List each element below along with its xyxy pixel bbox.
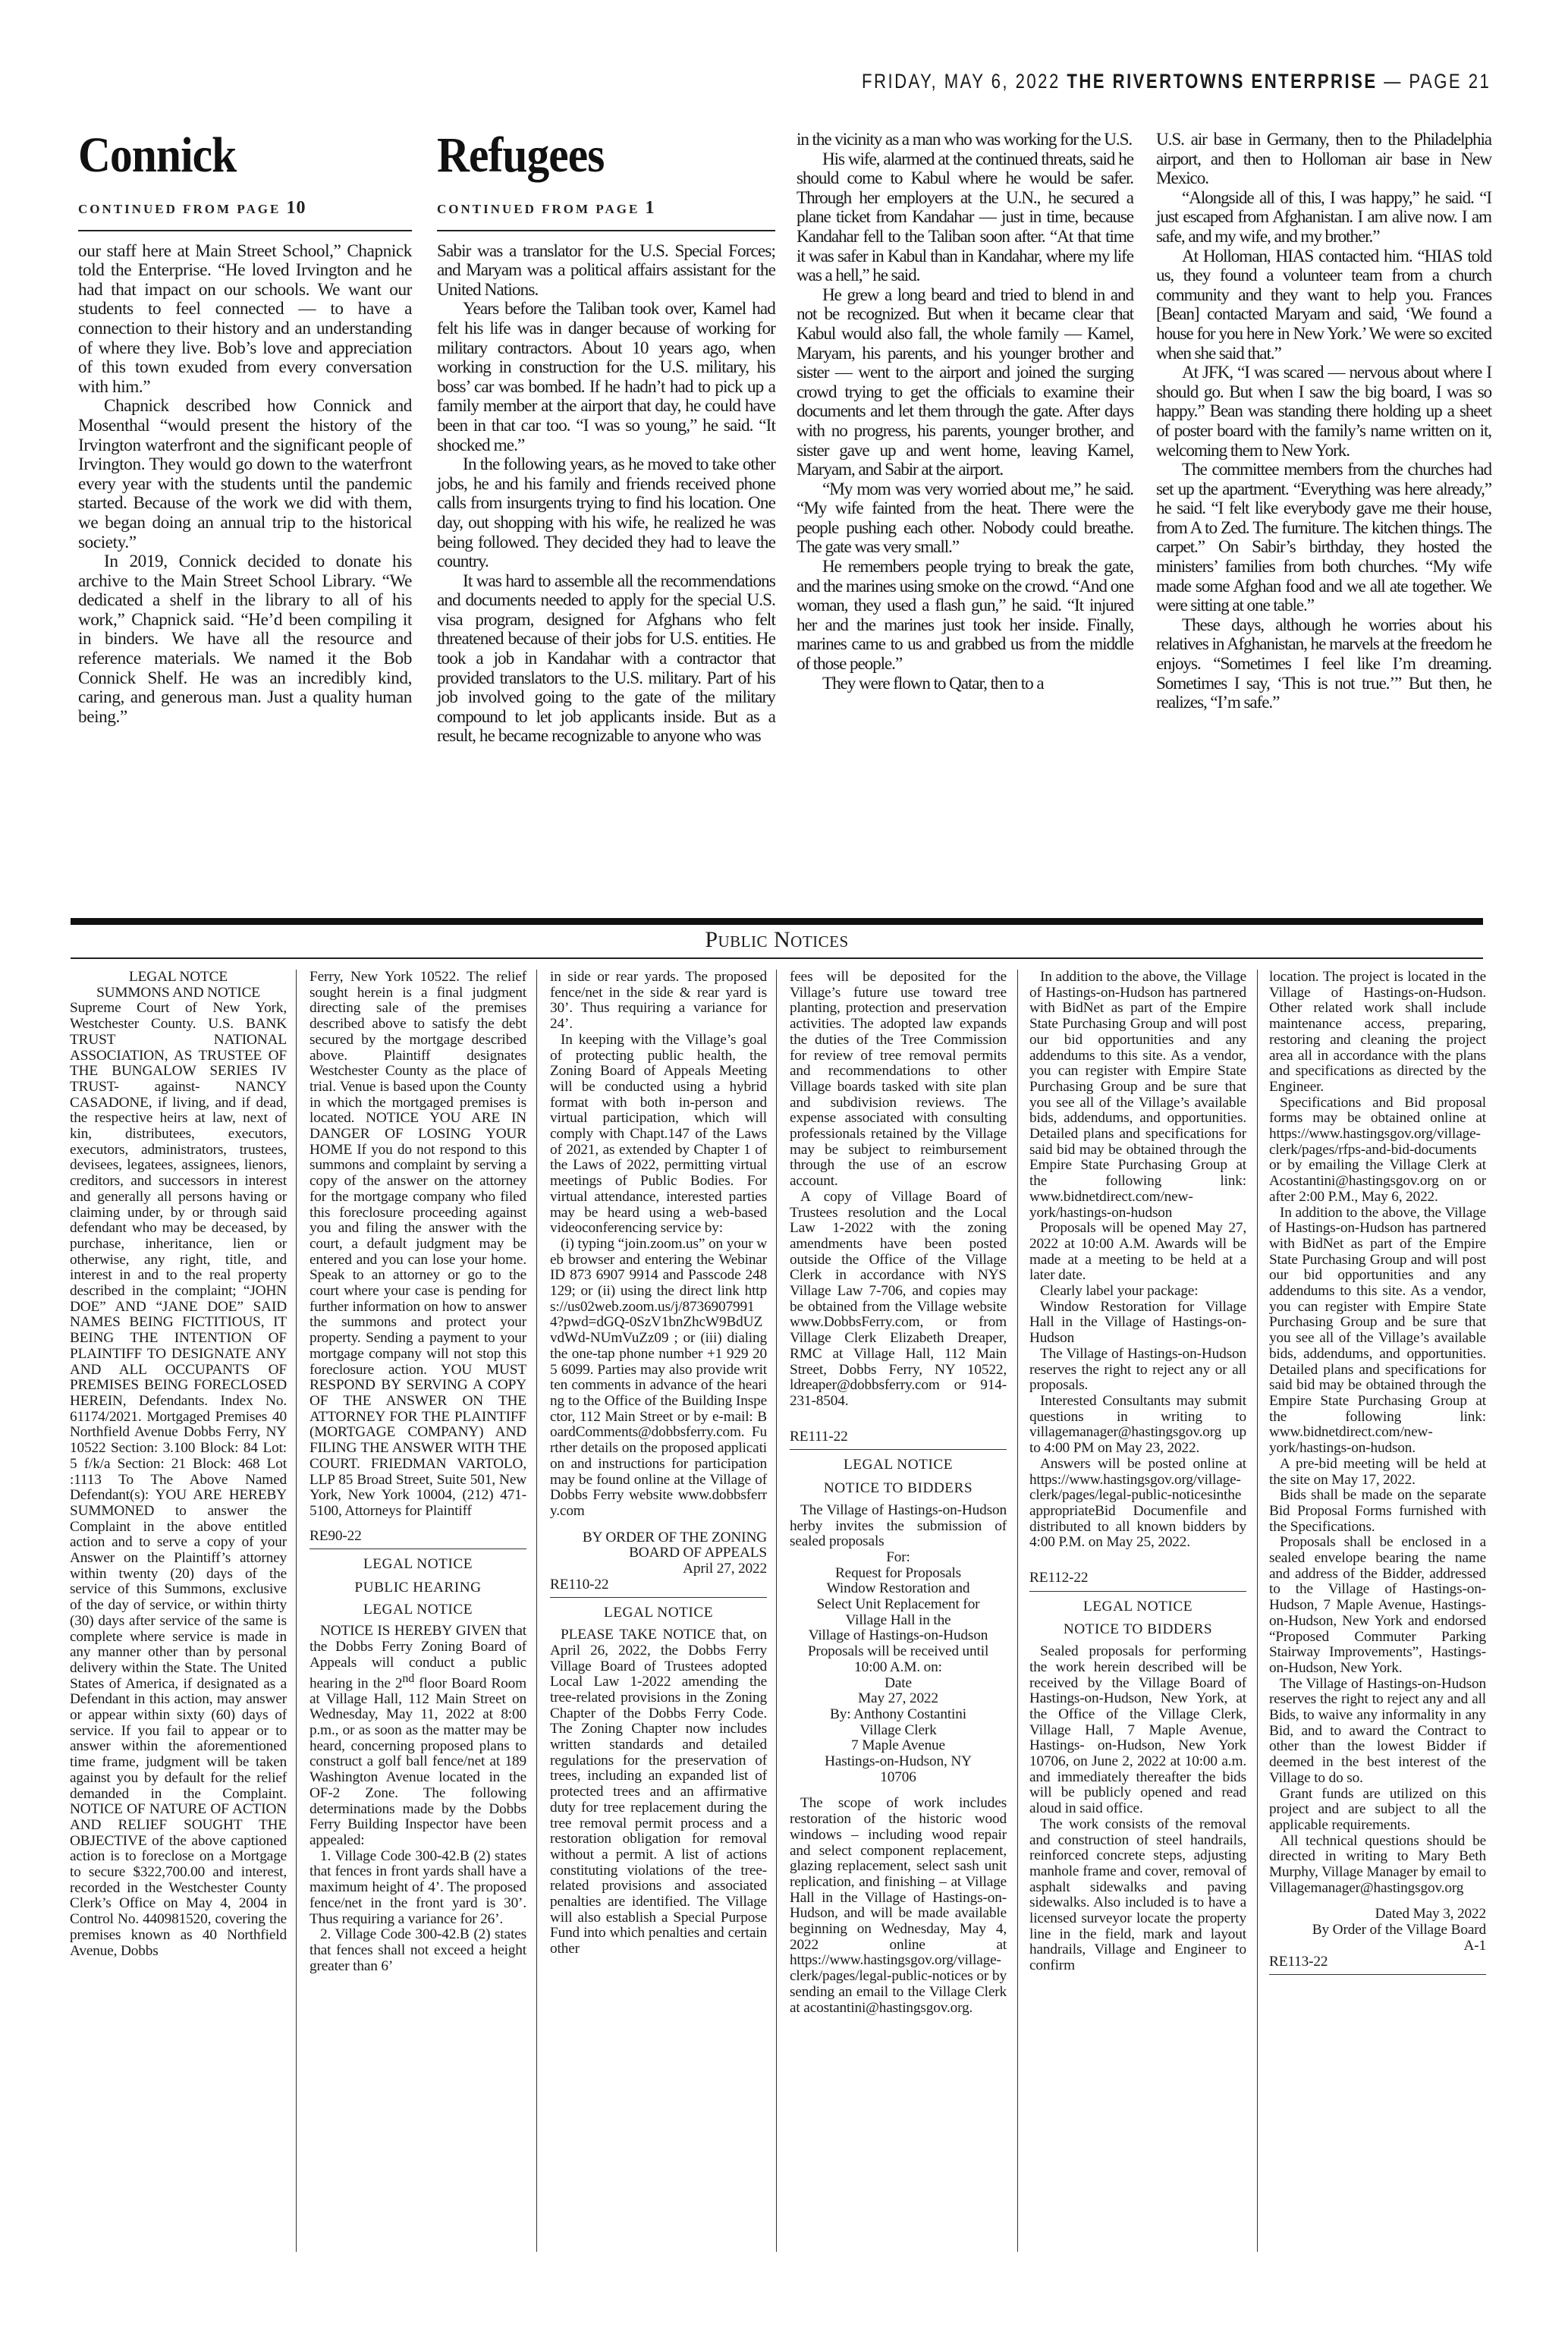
notice-body: Answers will be posted online at https:/… (1029, 1457, 1246, 1551)
notice-center-line: 10706 (790, 1770, 1007, 1786)
notice-body: location. The project is located in the … (1269, 970, 1486, 1096)
notice-body: Window Restoration for Village Hall in t… (1029, 1300, 1246, 1347)
notice-column-2: Ferry, New York 10522. The relief sought… (310, 970, 526, 1974)
notice-center-line: For: (790, 1550, 1007, 1566)
headline-rule (78, 230, 412, 231)
notice-body: PLEASE TAKE NOTICE that, on April 26, 20… (550, 1627, 767, 1957)
continued-page-number: 1 (646, 198, 655, 218)
notice-code: A-1 (1269, 1938, 1486, 1954)
column-divider (296, 970, 297, 2252)
notice-body: Grant funds are utilized on this project… (1269, 1787, 1486, 1834)
article-paragraph: He grew a long beard and tried to blend … (797, 286, 1133, 480)
notice-heading: LEGAL NOTICE (790, 1457, 1007, 1473)
notice-column-6: location. The project is located in the … (1269, 970, 1486, 1982)
article-paragraph: Years before the Taliban took over, Kame… (437, 300, 775, 455)
notice-body: Clearly label your package: (1029, 1284, 1246, 1300)
notice-column-5: In addition to the above, the Village of… (1029, 970, 1246, 1974)
notice-heading: LEGAL NOTCE (70, 970, 287, 986)
notice-body: (i) typing “join.zoom.us” on your web br… (550, 1237, 767, 1520)
notice-heading: NOTICE TO BIDDERS (790, 1481, 1007, 1497)
article-refugees-col1: Refugees CONTINUED FROM PAGE 1 Sabir was… (437, 129, 775, 747)
notice-body: In addition to the above, the Village of… (1029, 970, 1246, 1221)
notice-signature: BOARD OF APPEALS (550, 1545, 767, 1561)
article-paragraph: “My mom was very worried about me,” he s… (797, 480, 1133, 558)
notice-subheading: SUMMONS AND NOTICE (70, 986, 287, 1001)
notice-reference-code: RE113-22 (1269, 1954, 1486, 1976)
notice-date: Dated May 3, 2022 (1269, 1907, 1486, 1923)
article-paragraph: In 2019, Connick decided to donate his a… (78, 552, 412, 727)
notice-body: In keeping with the Village’s goal of pr… (550, 1033, 767, 1237)
notice-body: Specifications and Bid proposal forms ma… (1269, 1096, 1486, 1206)
notice-center-line: Window Restoration and (790, 1581, 1007, 1597)
article-paragraph: U.S. air base in Germany, then to the Ph… (1156, 130, 1491, 189)
notice-body: The Village of Hastings-on-Hudson reserv… (1269, 1677, 1486, 1787)
section-header-rule (71, 957, 1483, 959)
notice-reference-code: RE110-22 (550, 1577, 767, 1599)
notice-center-line: By: Anthony Costantini (790, 1707, 1007, 1723)
headline-connick: Connick (78, 129, 379, 182)
notice-heading: PUBLIC HEARING (310, 1580, 526, 1596)
notice-body: Interested Consultants may submit questi… (1029, 1394, 1246, 1457)
article-paragraph: The committee members from the churches … (1156, 461, 1491, 616)
article-paragraph: “Alongside all of this, I was happy,” he… (1156, 189, 1491, 247)
notice-body: All technical questions should be direct… (1269, 1834, 1486, 1897)
article-paragraph: At Holloman, HIAS contacted him. “HIAS t… (1156, 247, 1491, 364)
article-paragraph: They were flown to Qatar, then to a (797, 674, 1133, 694)
notice-heading: LEGAL NOTICE (310, 1557, 526, 1573)
notice-body: The Village of Hastings-on-Hudson herby … (790, 1503, 1007, 1550)
article-paragraph: His wife, alarmed at the continued threa… (797, 150, 1133, 286)
notice-center-line: Date (790, 1676, 1007, 1692)
article-paragraph: our staff here at Main Street School,” C… (78, 242, 412, 398)
notice-center-line: Village of Hastings-on-Hudson (790, 1628, 1007, 1644)
notice-body: The Village of Hastings-on-Hudson reserv… (1029, 1347, 1246, 1394)
notice-signature: BY ORDER OF THE ZONING (550, 1530, 767, 1546)
notice-reference-code: RE112-22 (1029, 1571, 1246, 1592)
notice-body: in side or rear yards. The proposed fenc… (550, 970, 767, 1033)
article-paragraph: Sabir was a translator for the U.S. Spec… (437, 242, 775, 300)
notice-body: Bids shall be made on the separate Bid P… (1269, 1488, 1486, 1535)
notice-center-line: Hastings-on-Hudson, NY (790, 1754, 1007, 1770)
page-folio: FRIDAY, MAY 6, 2022 THE RIVERTOWNS ENTER… (862, 70, 1491, 93)
notice-body: Supreme Court of New York, Westchester C… (70, 1001, 287, 1959)
public-notices-title: Public Notices (71, 927, 1483, 953)
notice-center-line: Proposals will be received until (790, 1644, 1007, 1660)
headline-refugees: Refugees (437, 129, 741, 182)
column-divider (536, 970, 537, 2252)
notice-date: April 27, 2022 (550, 1561, 767, 1577)
article-refugees-col2: in the vicinity as a man who was working… (797, 130, 1133, 693)
article-paragraph: In the following years, as he moved to t… (437, 455, 775, 572)
article-paragraph: He remembers people trying to break the … (797, 558, 1133, 674)
notice-body: Proposals will be opened May 27, 2022 at… (1029, 1221, 1246, 1284)
notice-body: In addition to the above, the Village of… (1269, 1206, 1486, 1457)
notice-center-line: Village Clerk (790, 1723, 1007, 1739)
notice-column-4: fees will be deposited for the Village’s… (790, 970, 1007, 2016)
notice-signature: By Order of the Village Board (1269, 1923, 1486, 1938)
notice-body: The scope of work includes restoration o… (790, 1796, 1007, 2016)
notice-heading: LEGAL NOTICE (310, 1602, 526, 1618)
notice-heading: LEGAL NOTICE (550, 1605, 767, 1621)
continued-from-label: CONTINUED FROM PAGE 10 (78, 199, 412, 219)
section-divider-rule (71, 918, 1483, 925)
folio-paper-name: THE RIVERTOWNS ENTERPRISE (1067, 70, 1377, 93)
continued-from-label: CONTINUED FROM PAGE 1 (437, 199, 775, 219)
notice-body: fees will be deposited for the Village’s… (790, 970, 1007, 1190)
article-paragraph: These days, although he worries about hi… (1156, 616, 1491, 713)
notice-center-line: Select Unit Replacement for (790, 1597, 1007, 1613)
notice-center-line: Request for Proposals (790, 1566, 1007, 1582)
continued-page-number: 10 (287, 198, 306, 218)
notice-body: Ferry, New York 10522. The relief sought… (310, 970, 526, 1520)
article-paragraph: in the vicinity as a man who was working… (797, 130, 1133, 150)
article-connick: Connick CONTINUED FROM PAGE 10 our staff… (78, 129, 412, 727)
notice-heading: NOTICE TO BIDDERS (1029, 1622, 1246, 1638)
notice-list-item: 2. Village Code 300-42.B (2) states that… (310, 1927, 526, 1974)
article-paragraph: At JFK, “I was scared — nervous about wh… (1156, 363, 1491, 461)
notice-reference-code: RE111-22 (790, 1429, 1007, 1451)
article-paragraph: Chapnick described how Connick and Mosen… (78, 397, 412, 552)
notice-center-line: 10:00 A.M. on: (790, 1660, 1007, 1676)
folio-page-number: — PAGE 21 (1384, 70, 1491, 93)
notice-center-line: Village Hall in the (790, 1613, 1007, 1629)
article-refugees-col3: U.S. air base in Germany, then to the Ph… (1156, 130, 1491, 713)
article-paragraph: It was hard to assemble all the recommen… (437, 572, 775, 747)
notice-column-3: in side or rear yards. The proposed fenc… (550, 970, 767, 1957)
notice-center-line: 7 Maple Avenue (790, 1738, 1007, 1754)
notice-column-1: LEGAL NOTCE SUMMONS AND NOTICE Supreme C… (70, 970, 287, 1959)
column-divider (1017, 970, 1018, 2252)
notice-list-item: 1. Village Code 300-42.B (2) states that… (310, 1849, 526, 1928)
column-divider (776, 970, 777, 2252)
notice-heading: LEGAL NOTICE (1029, 1599, 1246, 1615)
headline-rule (437, 230, 775, 231)
column-divider (1257, 970, 1258, 2252)
notice-body: A copy of Village Board of Trustees reso… (790, 1190, 1007, 1410)
notice-body: Sealed proposals for performing the work… (1029, 1644, 1246, 1817)
notice-body: NOTICE IS HEREBY GIVEN that the Dobbs Fe… (310, 1624, 526, 1848)
notice-reference-code: RE90-22 (310, 1529, 526, 1550)
folio-date: FRIDAY, MAY 6, 2022 (862, 70, 1061, 93)
notice-body: The work consists of the removal and con… (1029, 1817, 1246, 1974)
notice-body: Proposals shall be enclosed in a sealed … (1269, 1535, 1486, 1676)
notice-center-line: May 27, 2022 (790, 1691, 1007, 1707)
notice-body: A pre-bid meeting will be held at the si… (1269, 1457, 1486, 1488)
